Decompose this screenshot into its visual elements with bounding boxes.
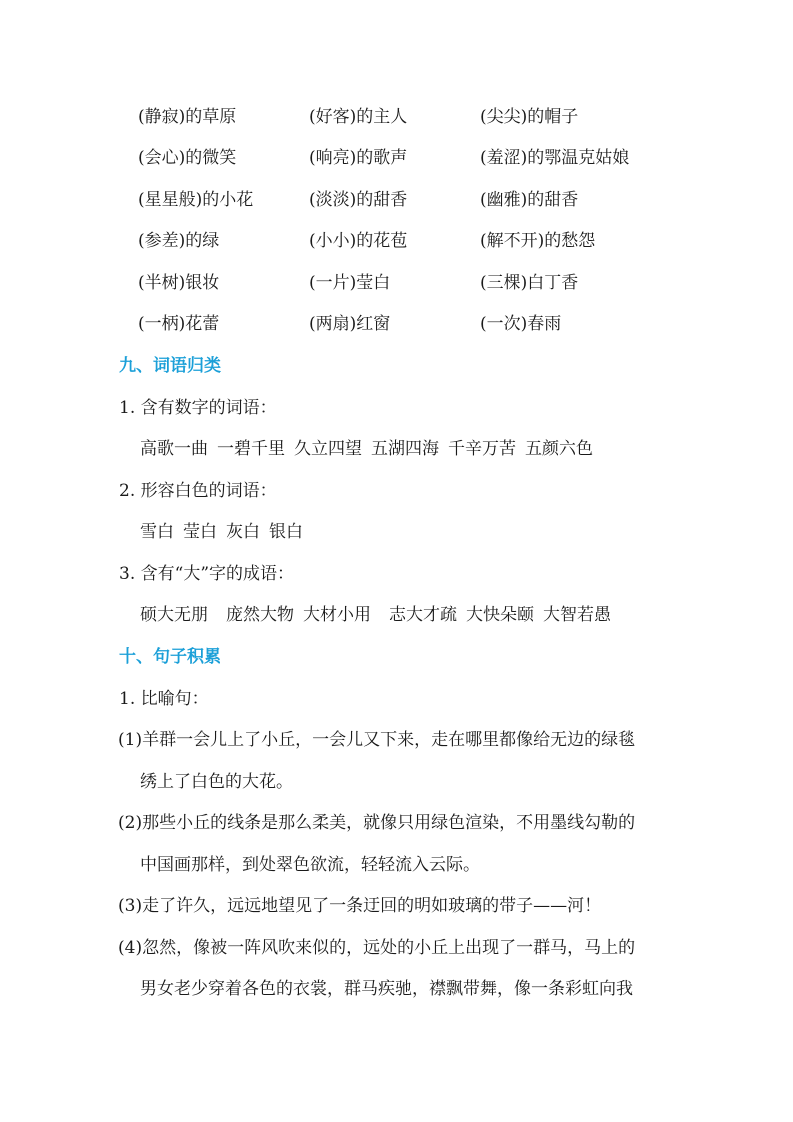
phrase-row: (星星般)的小花 (淡淡)的甜香 (幽雅)的甜香 (138, 185, 698, 215)
sentence-line: 男女老少穿着各色的衣裳，群马疾驰，襟飘带舞，像一条彩虹向我 (140, 974, 633, 1004)
phrase: (三棵)白丁香 (480, 268, 578, 298)
phrase: (淡淡)的甜香 (309, 185, 407, 215)
word: 千辛万苦 (448, 439, 516, 459)
phrase: (会心)的微笑 (138, 143, 236, 173)
word: 莹白 (183, 522, 217, 542)
phrase-row: (静寂)的草原 (好客)的主人 (尖尖)的帽子 (138, 102, 698, 132)
phrase-row: (参差)的绿 (小小)的花苞 (解不开)的愁怨 (138, 226, 698, 256)
document-page: (静寂)的草原 (好客)的主人 (尖尖)的帽子 (会心)的微笑 (响亮)的歌声 … (0, 0, 793, 1122)
phrase: (解不开)的愁怨 (480, 226, 595, 256)
phrase: (半树)银妆 (138, 268, 219, 298)
phrase: (尖尖)的帽子 (480, 102, 578, 132)
phrase-row: (会心)的微笑 (响亮)的歌声 (羞涩)的鄂温克姑娘 (138, 143, 698, 173)
phrase: (静寂)的草原 (138, 102, 236, 132)
item-label: 1. 比喻句： (119, 684, 209, 714)
word: 五颜六色 (525, 439, 593, 459)
phrase: (小小)的花苞 (309, 226, 407, 256)
word: 大材小用 (303, 605, 371, 625)
sentence-line: (4)忽然，像被一阵风吹来似的，远处的小丘上出现了一群马，马上的 (118, 933, 635, 963)
section-heading-word-classification: 九、词语归类 (119, 351, 221, 381)
phrase: (参差)的绿 (138, 226, 219, 256)
phrase: (响亮)的歌声 (309, 143, 407, 173)
word-list: 雪白莹白灰白银白 (140, 517, 312, 547)
word: 志大才疏 (389, 605, 457, 625)
item-label: 1. 含有数字的词语： (119, 393, 277, 423)
word: 庞然大物 (226, 605, 294, 625)
word: 大快朵颐 (466, 605, 534, 625)
phrase: (一片)莹白 (309, 268, 390, 298)
section-heading-sentence-accumulation: 十、句子积累 (119, 642, 221, 672)
word: 雪白 (140, 522, 174, 542)
phrase-row: (半树)银妆 (一片)莹白 (三棵)白丁香 (138, 268, 698, 298)
sentence-line: 绣上了白色的大花。 (140, 767, 293, 797)
sentence-line: (2)那些小丘的线条是那么柔美，就像只用绿色渲染，不用墨线勾勒的 (118, 808, 635, 838)
word: 高歌一曲 (140, 439, 208, 459)
word: 五湖四海 (371, 439, 439, 459)
phrase: (一次)春雨 (480, 309, 561, 339)
phrase: (星星般)的小花 (138, 185, 253, 215)
phrase-row: (一柄)花蕾 (两扇)红窗 (一次)春雨 (138, 309, 698, 339)
word: 银白 (269, 522, 303, 542)
phrase: (一柄)花蕾 (138, 309, 219, 339)
word-list: 硕大无朋庞然大物大材小用志大才疏大快朵颐大智若愚 (140, 600, 620, 630)
phrase: (好客)的主人 (309, 102, 407, 132)
word: 灰白 (226, 522, 260, 542)
word: 久立四望 (294, 439, 362, 459)
word: 一碧千里 (217, 439, 285, 459)
word-list: 高歌一曲一碧千里久立四望五湖四海千辛万苦五颜六色 (140, 434, 602, 464)
phrase: (羞涩)的鄂温克姑娘 (480, 143, 629, 173)
sentence-line: (1)羊群一会儿上了小丘，一会儿又下来，走在哪里都像给无边的绿毯 (118, 725, 635, 755)
sentence-line: 中国画那样，到处翠色欲流，轻轻流入云际。 (140, 850, 480, 880)
word: 大智若愚 (543, 605, 611, 625)
phrase: (幽雅)的甜香 (480, 185, 578, 215)
item-label: 2. 形容白色的词语： (119, 476, 277, 506)
sentence-line: (3)走了许久，远远地望见了一条迂回的明如玻璃的带子——河！ (118, 891, 601, 921)
item-label: 3. 含有“大”字的成语： (119, 559, 294, 589)
phrase: (两扇)红窗 (309, 309, 390, 339)
word: 硕大无朋 (140, 605, 208, 625)
